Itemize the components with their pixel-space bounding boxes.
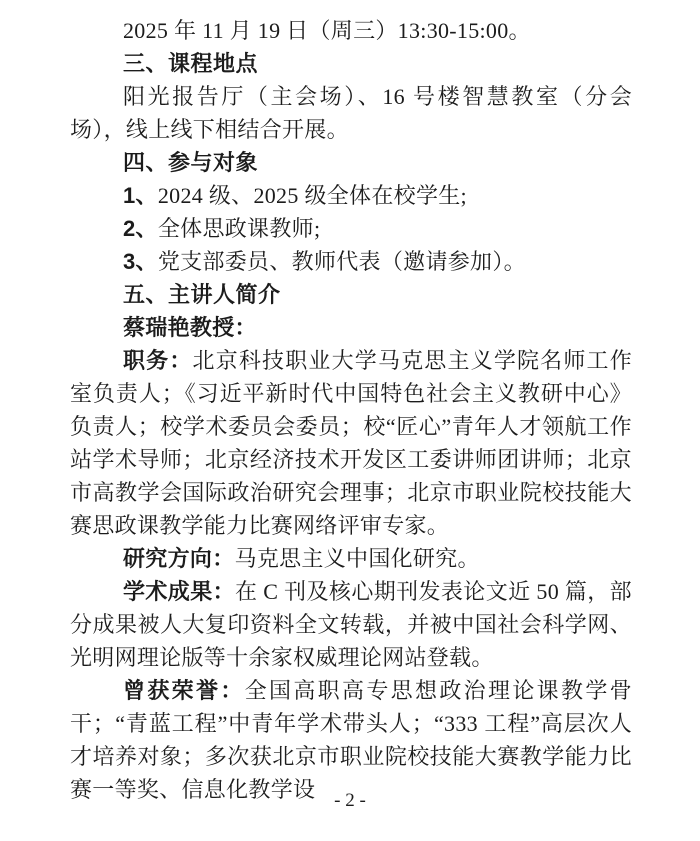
heading-participants-text: 四、参与对象	[123, 150, 258, 175]
document-body: 2025 年 11 月 19 日（周三）13:30-15:00。 三、课程地点 …	[70, 14, 632, 806]
para-speaker-name: 蔡瑞艳教授：	[70, 311, 632, 344]
list-item-teachers-number: 2、	[123, 216, 158, 241]
position-text: 北京科技职业大学马克思主义学院名师工作室负责人；《习近平新时代中国特色社会主义教…	[70, 348, 632, 538]
academic-achievements-label: 学术成果：	[123, 579, 235, 604]
location-detail-text: 阳光报告厅（主会场）、16 号楼智慧教室（分会场），线上线下相结合开展。	[70, 84, 632, 142]
honors-label: 曾获荣誉：	[123, 678, 245, 703]
para-honors: 曾获荣誉：全国高职高专思想政治理论课教学骨干；“青蓝工程”中青年学术带头人；“3…	[70, 674, 632, 806]
list-item-students-number: 1、	[123, 183, 158, 208]
list-item-party-members-text: 党支部委员、教师代表（邀请参加）。	[158, 249, 526, 274]
heading-participants: 四、参与对象	[70, 146, 632, 179]
para-location-detail: 阳光报告厅（主会场）、16 号楼智慧教室（分会场），线上线下相结合开展。	[70, 80, 632, 146]
position-label: 职务：	[123, 348, 193, 373]
research-direction-text: 马克思主义中国化研究。	[235, 546, 480, 571]
para-position: 职务：北京科技职业大学马克思主义学院名师工作室负责人；《习近平新时代中国特色社会…	[70, 344, 632, 542]
heading-course-location-text: 三、课程地点	[123, 51, 258, 76]
document-page: 2025 年 11 月 19 日（周三）13:30-15:00。 三、课程地点 …	[0, 0, 700, 841]
page-number: - 2 -	[0, 789, 700, 813]
speaker-name-label: 蔡瑞艳教授：	[123, 315, 257, 340]
session-time-text: 2025 年 11 月 19 日（周三）13:30-15:00。	[123, 18, 531, 43]
list-item-students: 1、2024 级、2025 级全体在校学生;	[70, 179, 632, 212]
heading-course-location: 三、课程地点	[70, 47, 632, 80]
list-item-teachers-text: 全体思政课教师;	[158, 216, 321, 241]
para-session-time: 2025 年 11 月 19 日（周三）13:30-15:00。	[70, 14, 632, 47]
heading-speaker-intro: 五、主讲人简介	[70, 278, 632, 311]
list-item-teachers: 2、全体思政课教师;	[70, 212, 632, 245]
list-item-party-members-number: 3、	[123, 249, 158, 274]
para-academic-achievements: 学术成果：在 C 刊及核心期刊发表论文近 50 篇，部分成果被人大复印资料全文转…	[70, 575, 632, 674]
list-item-students-text: 2024 级、2025 级全体在校学生;	[158, 183, 467, 208]
list-item-party-members: 3、党支部委员、教师代表（邀请参加）。	[70, 245, 632, 278]
para-research-direction: 研究方向：马克思主义中国化研究。	[70, 542, 632, 575]
heading-speaker-intro-text: 五、主讲人简介	[123, 282, 281, 307]
research-direction-label: 研究方向：	[123, 546, 235, 571]
